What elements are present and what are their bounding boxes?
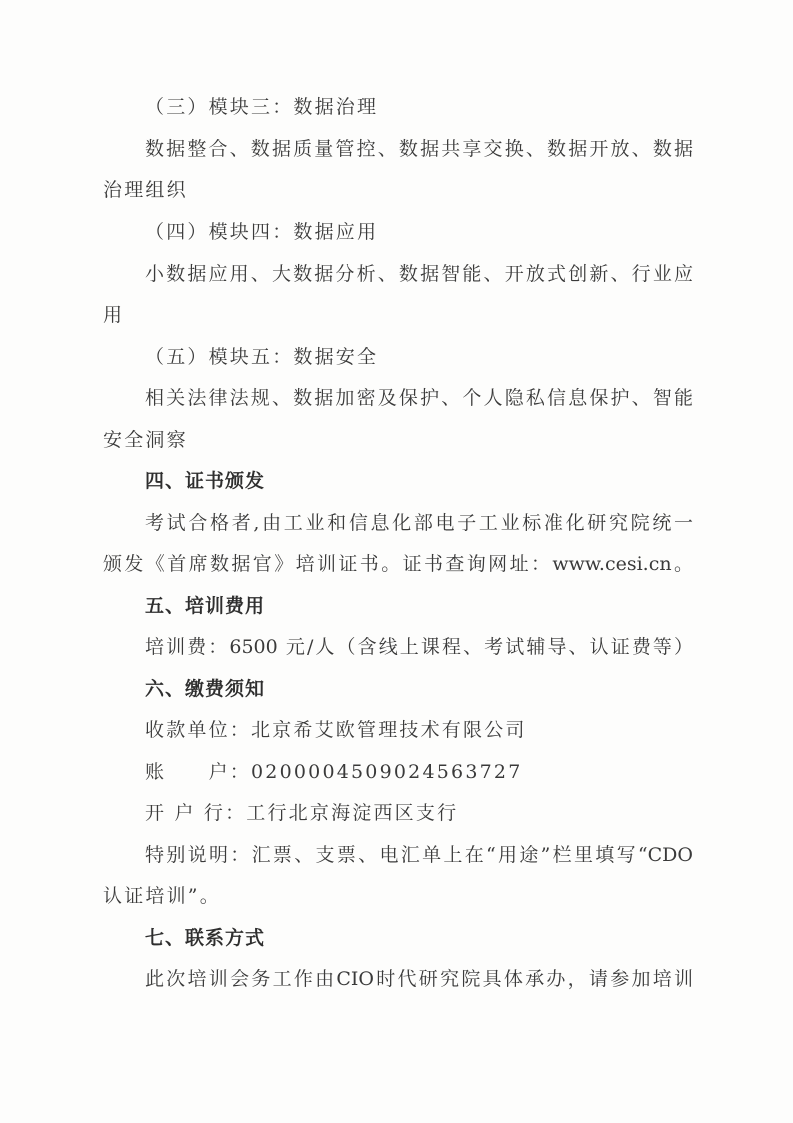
bank-line: 开 户 行：工行北京海淀西区支行 xyxy=(145,801,693,825)
section6-heading: 六、缴费须知 xyxy=(145,677,693,701)
section4-body-line2: 颁发《首席数据官》培训证书。证书查询网址：www.cesi.cn。 xyxy=(103,552,693,576)
module3-body-line1: 数据整合、数据质量管控、数据共享交换、数据开放、数据 xyxy=(145,137,693,161)
section5-heading: 五、培训费用 xyxy=(145,594,693,618)
section5-body: 培训费：6500 元/人（含线上课程、考试辅导、认证费等） xyxy=(145,635,693,659)
section4-heading: 四、证书颁发 xyxy=(145,469,693,493)
note-line1: 特别说明：汇票、支票、电汇单上在“用途”栏里填写“CDO xyxy=(145,843,693,867)
module4-title: （四）模块四：数据应用 xyxy=(145,220,693,244)
payee-line: 收款单位：北京希艾欧管理技术有限公司 xyxy=(145,718,693,742)
module5-body-line1: 相关法律法规、数据加密及保护、个人隐私信息保护、智能 xyxy=(145,386,693,410)
section4-body-line1: 考试合格者,由工业和信息化部电子工业标准化研究院统一 xyxy=(145,511,693,535)
module5-body-line2: 安全洞察 xyxy=(103,428,693,452)
module5-title: （五）模块五：数据安全 xyxy=(145,345,693,369)
module4-body-line1: 小数据应用、大数据分析、数据智能、开放式创新、行业应 xyxy=(145,262,693,286)
module3-title: （三）模块三：数据治理 xyxy=(145,95,693,119)
section7-heading: 七、联系方式 xyxy=(145,926,693,950)
account-line: 账 户：02000045090245637​27 xyxy=(145,760,693,784)
module3-body-line2: 治理组织 xyxy=(103,178,693,202)
note-line2: 认证培训”。 xyxy=(103,884,693,908)
section7-body-line1: 此次培训会务工作由CIO时代研究院具体承办，请参加培训 xyxy=(145,967,693,991)
module4-body-line2: 用 xyxy=(103,303,693,327)
